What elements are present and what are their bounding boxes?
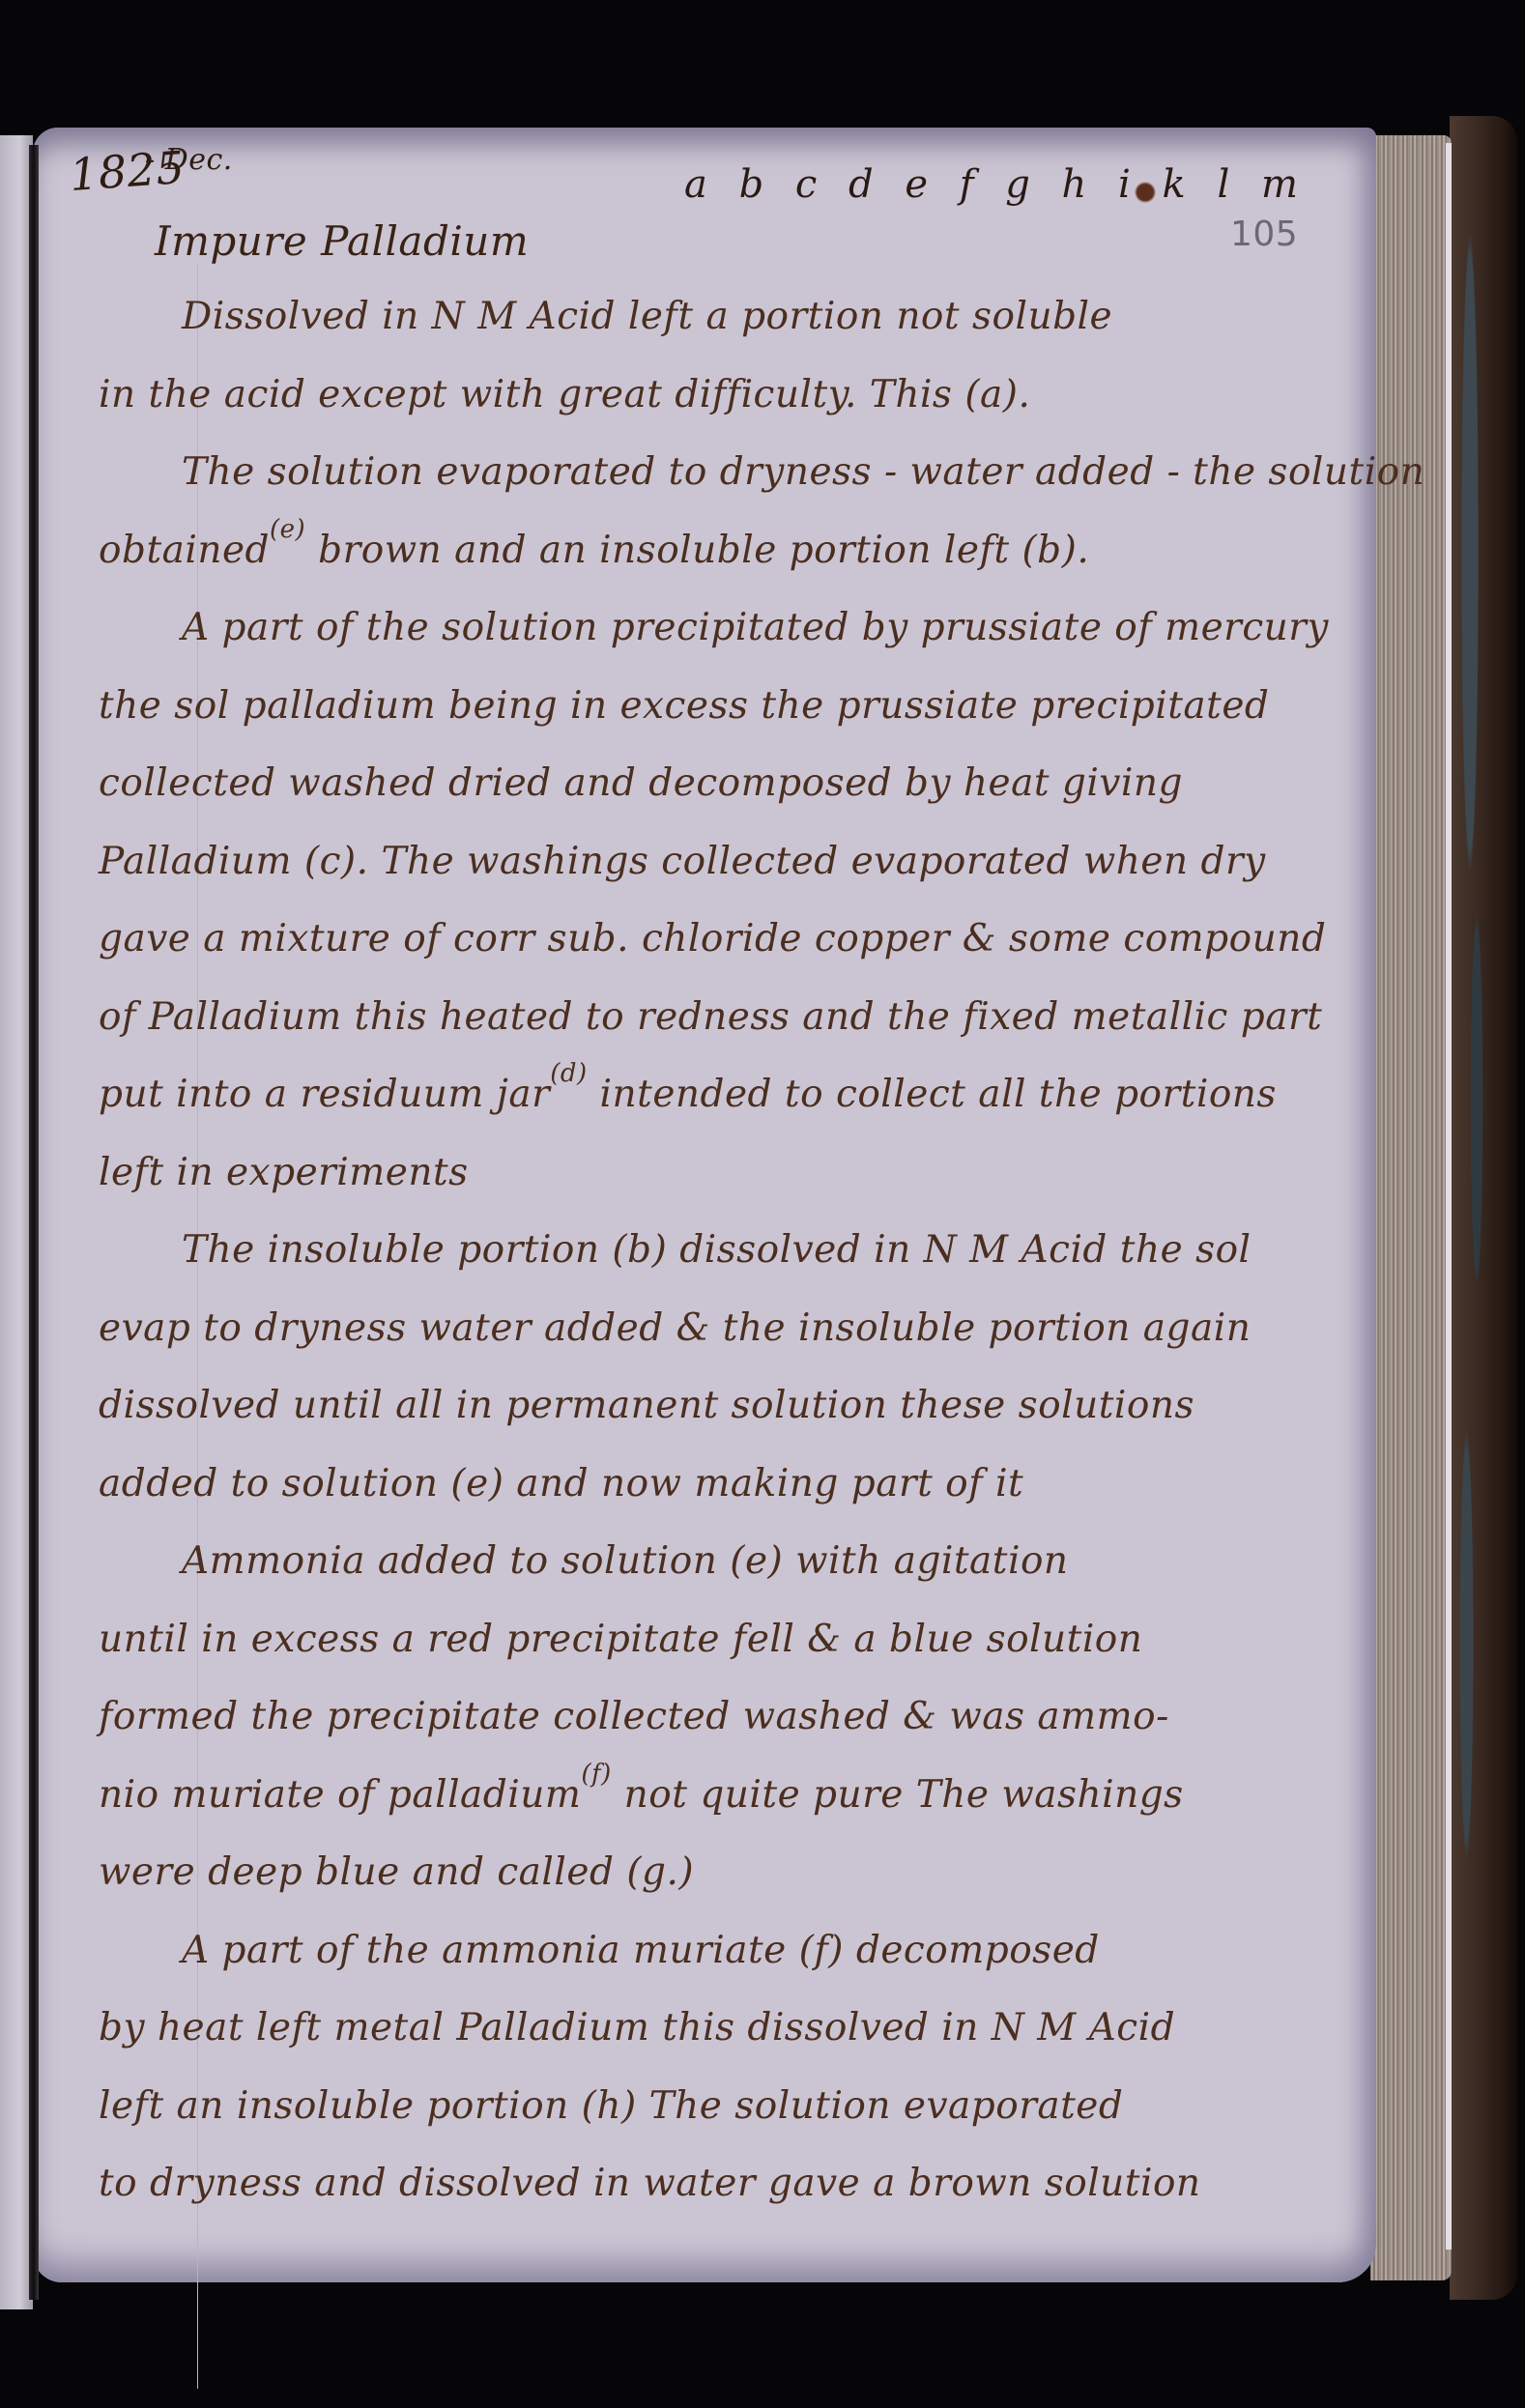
book-gutter xyxy=(29,145,39,2300)
book-cover xyxy=(1450,116,1517,2300)
manuscript-line: to dryness and dissolved in water gave a… xyxy=(99,2162,1201,2205)
manuscript-line: were deep blue and called (g.) xyxy=(99,1850,694,1894)
manuscript-line: collected washed dried and decomposed by… xyxy=(99,761,1183,805)
manuscript-line: by heat left metal Palladium this dissol… xyxy=(99,2006,1175,2050)
manuscript-line: in the acid except with great difficulty… xyxy=(99,373,1030,416)
ink-blot xyxy=(1131,182,1160,203)
reference-mark: (d) xyxy=(550,1059,587,1088)
manuscript-line: A part of the ammonia muriate (f) decomp… xyxy=(182,1929,1100,1972)
manuscript-line: nio muriate of palladium(f) not quite pu… xyxy=(99,1773,1184,1817)
manuscript-line: left an insoluble portion (h) The soluti… xyxy=(99,2084,1123,2128)
manuscript-line: left in experiments xyxy=(99,1151,469,1194)
manuscript-line: until in excess a red precipitate fell &… xyxy=(99,1618,1142,1661)
manuscript-line: The solution evaporated to dryness - wat… xyxy=(182,450,1424,494)
manuscript-line: obtained(e) brown and an insoluble porti… xyxy=(99,529,1089,572)
page-number: 105 xyxy=(1230,215,1298,254)
reference-mark: (e) xyxy=(270,515,305,544)
manuscript-line: A part of the solution precipitated by p… xyxy=(182,606,1329,649)
manuscript-line: put into a residuum jar(d) intended to c… xyxy=(99,1073,1277,1116)
manuscript-line: formed the precipitate collected washed … xyxy=(99,1695,1169,1738)
manuscript-line: Palladium (c). The washings collected ev… xyxy=(99,840,1266,883)
manuscript-line: Dissolved in N M Acid left a portion not… xyxy=(182,295,1112,338)
manuscript-line: gave a mixture of corr sub. chloride cop… xyxy=(99,917,1326,960)
header-symbol-marks: a b c d e f g h i k l m xyxy=(684,162,1308,207)
reference-mark: (f) xyxy=(581,1760,611,1789)
entry-title: Impure Palladium xyxy=(155,217,529,265)
manuscript-line: the sol palladium being in excess the pr… xyxy=(99,684,1269,728)
manuscript-line: of Palladium this heated to redness and … xyxy=(99,995,1322,1039)
previous-page-sliver xyxy=(0,135,33,2309)
manuscript-line: The insoluble portion (b) dissolved in N… xyxy=(182,1228,1252,1272)
manuscript-line: Ammonia added to solution (e) with agita… xyxy=(182,1539,1069,1583)
manuscript-line: evap to dryness water added & the insolu… xyxy=(99,1306,1251,1350)
manuscript-line: dissolved until all in permanent solutio… xyxy=(99,1384,1194,1427)
header-month: - Dec. xyxy=(145,143,233,177)
manuscript-line: added to solution (e) and now making par… xyxy=(99,1462,1023,1505)
